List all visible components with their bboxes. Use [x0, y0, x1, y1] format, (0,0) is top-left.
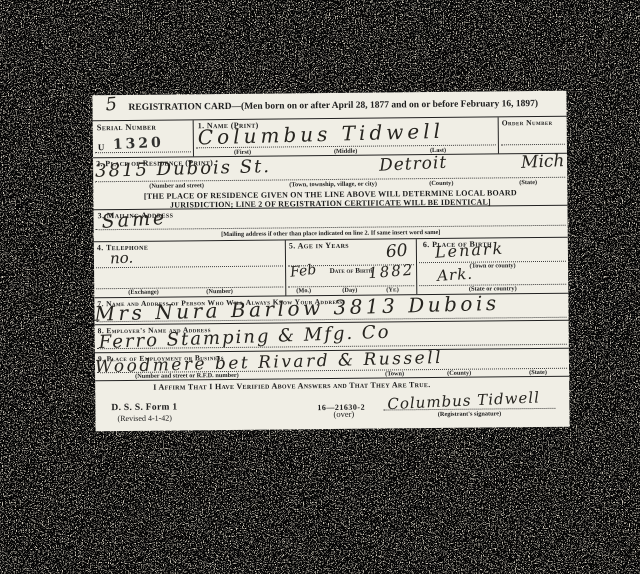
place-of-birth-cell: 6. Place of Birth Lenark (Town or county…: [417, 238, 569, 294]
card-inner: 5 REGISTRATION CARD—(Men born on or afte…: [92, 91, 569, 432]
telephone-sublabel-number: (Number): [206, 288, 233, 295]
telephone-cell: 4. Telephone no. (Exchange) (Number): [94, 240, 287, 297]
dob-sublabel-month: (Mo.): [296, 287, 311, 294]
serial-number-value: 1320: [113, 135, 165, 153]
name-sublabel-first: (First): [234, 149, 251, 156]
dob-year-handwriting: 1882: [367, 261, 414, 283]
residence-sublabel-state: (State): [519, 179, 537, 186]
name-sublabel-middle: (Middle): [334, 148, 358, 155]
telephone-sublabel-exchange: (Exchange): [128, 289, 159, 296]
residence-street-handwriting: 3815 Dubois St.: [95, 156, 271, 182]
dob-sublabel-day: (Day): [342, 287, 357, 294]
telephone-write-line-2: [96, 286, 283, 289]
row-employer: 8. Employer's Name and Address Ferro Sta…: [95, 321, 569, 354]
card-footer: D. S. S. Form 1 (Revised 4-1-42) (over) …: [95, 390, 569, 432]
name-cell: 1. Name (Print) Columbus Tidwell (First)…: [194, 117, 499, 156]
employment-sublabel-county: (County): [447, 370, 471, 377]
order-write-line: [501, 144, 565, 146]
print-code: 16—21630-2: [317, 403, 365, 412]
serial-number-cell: Serial Number U 1320: [93, 120, 194, 157]
row-serial-name-order: Serial Number U 1320 1. Name (Print) Col…: [93, 117, 567, 159]
order-number-label: Order Number: [502, 118, 553, 127]
birth-state-handwriting: Ark.: [437, 265, 474, 285]
dob-month-handwriting: Feb: [289, 262, 317, 281]
birth-town-handwriting: Lenark: [434, 239, 504, 262]
serial-prefix: U: [98, 142, 105, 152]
age-handwriting: 60: [386, 241, 409, 263]
order-number-cell: Order Number: [499, 117, 567, 154]
registration-card: 5 REGISTRATION CARD—(Men born on or afte…: [92, 91, 569, 432]
form-number: D. S. S. Form 1: [111, 402, 177, 413]
row-place-of-employment: 9. Place of Employment or Business Woodm…: [95, 349, 569, 382]
row-mailing-address: 3. Mailing Address Same [Mailing address…: [94, 206, 568, 243]
scanned-page: 5 REGISTRATION CARD—(Men born on or afte…: [0, 0, 640, 574]
margin-serial-note: 5: [105, 94, 118, 116]
signature-sublabel: (Registrant's signature): [383, 410, 555, 419]
residence-sublabel-town: (Town, township, village, or city): [289, 181, 377, 189]
dob-sublabel-year: (Yr.): [386, 286, 399, 293]
serial-number-label: Serial Number: [97, 122, 157, 133]
employment-sublabel-town: (Town): [385, 370, 404, 377]
employment-sublabel-state: (State): [529, 369, 547, 376]
residence-sublabel-street: (Number and street): [149, 182, 204, 190]
serial-write-line: [95, 151, 191, 153]
residence-state-handwriting: Mich: [521, 151, 565, 173]
residence-sublabel-county: (County): [429, 180, 453, 187]
employment-sublabel-street: (Number and street or R.F.D. number): [135, 372, 239, 380]
telephone-handwriting: no.: [110, 249, 134, 268]
age-label: 5. Age in Years: [289, 241, 349, 251]
age-cell: 5. Age in Years 60 Date of Birth Feb 188…: [286, 239, 418, 295]
row-place-of-residence: 2. Place of Residence (Print) 3815 Duboi…: [93, 154, 567, 193]
row-telephone-age-birth: 4. Telephone no. (Exchange) (Number) 5. …: [94, 238, 569, 299]
form-revision: (Revised 4-1-42): [117, 414, 172, 424]
residence-city-handwriting: Detroit: [379, 153, 448, 176]
